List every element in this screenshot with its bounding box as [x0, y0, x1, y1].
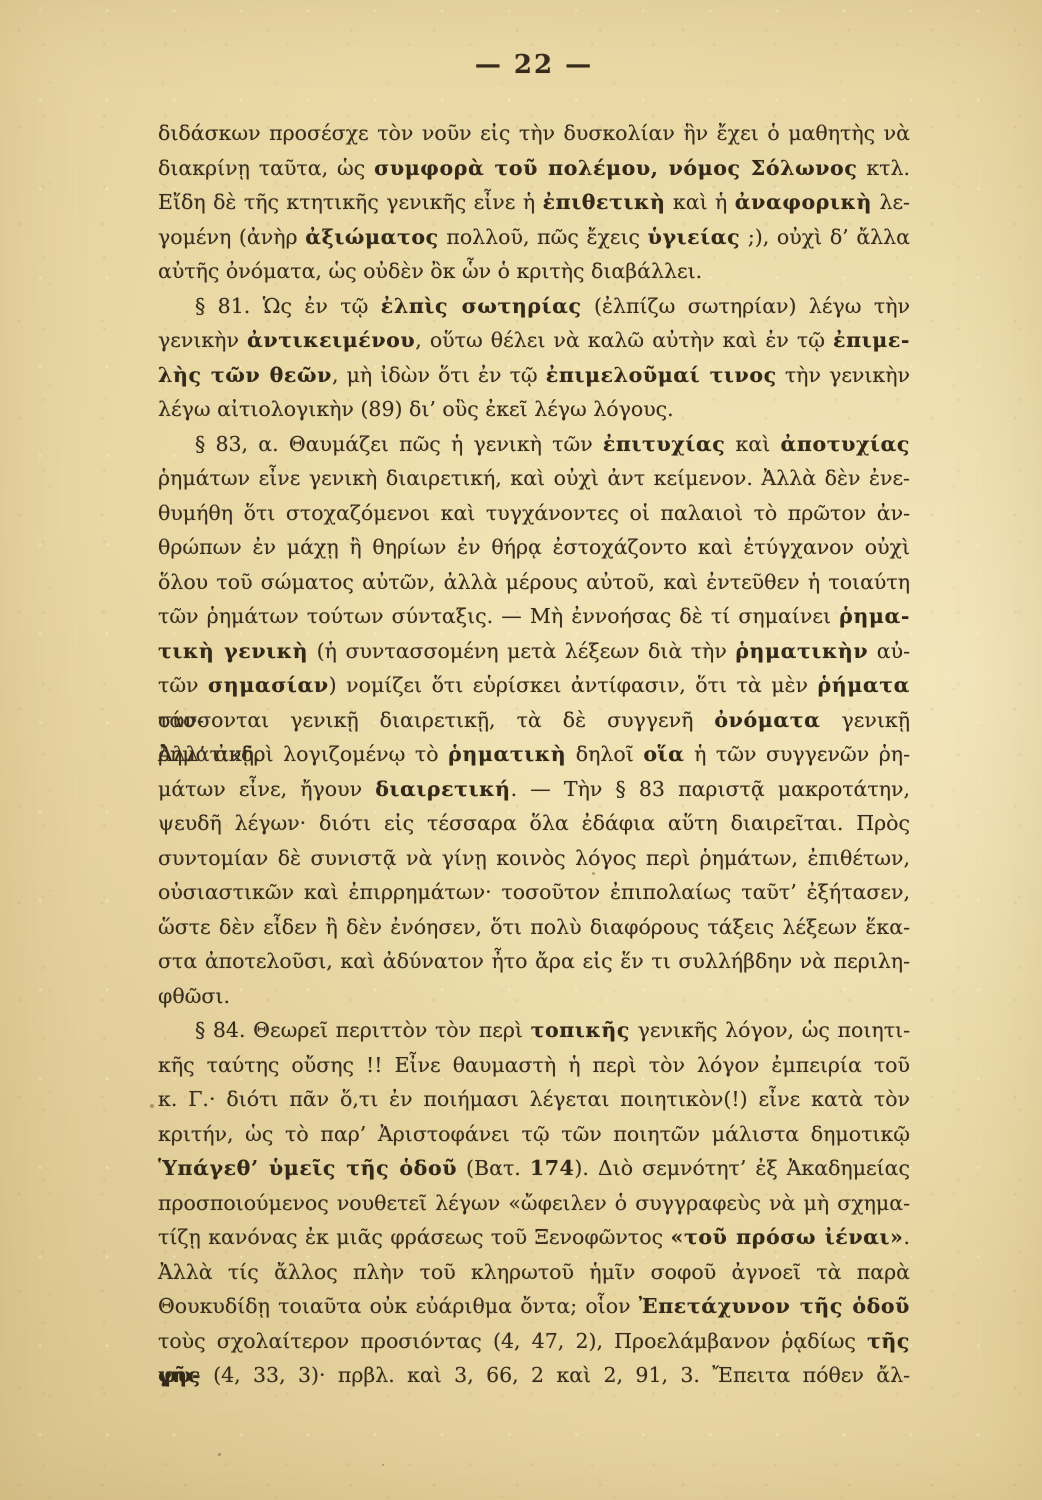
text-line: θυμήθη ὅτι στοχαζόμενοι καὶ τυγχάνοντες …: [158, 496, 910, 531]
emphasized-text: Ἐπετάχυνον τῆς ὁδοῦ: [639, 1294, 910, 1318]
body-text: Εἴδη δὲ τῆς κτητικῆς γενικῆς εἶνε ἡ: [158, 190, 543, 214]
text-line: διακρίνῃ ταῦτα, ὡς συμφορὰ τοῦ πολέμου, …: [158, 151, 910, 186]
body-text: Ἀλλ’ ἀνδρὶ λογιζομένῳ τὸ: [158, 742, 448, 766]
text-line: οὐσιαστικῶν καὶ ἐπιρρημάτων· τοσοῦτον ἐπ…: [158, 875, 910, 910]
body-text: ὥστε δὲν εἶδεν ἢ δὲν ἐνόησεν, ὅτι πολὺ δ…: [158, 915, 910, 939]
emphasized-text: ὑγιείας: [648, 225, 741, 249]
body-text: γενικῆς λόγον, ὡς ποιητι-: [630, 1018, 910, 1042]
text-line: τοὺς σχολαίτερον προσιόντας (4, 47, 2), …: [158, 1324, 910, 1359]
body-text: τῶν: [158, 673, 208, 697]
body-text: ;), οὐχὶ δ’ ἄλλα: [740, 225, 910, 249]
emphasized-text: ἐπιθετικὴ: [543, 190, 666, 214]
text-line: τῶν ῥημάτων τούτων σύνταξις. — Μὴ ἐννοήσ…: [158, 599, 910, 634]
body-text: λέγω αἰτιολογικὴν (89) δι’ οὓς ἐκεῖ λέγω…: [158, 397, 674, 421]
text-line: ψευδῆ λέγων· διότι εἰς τέσσαρα ὅλα ἐδάφι…: [158, 806, 910, 841]
body-text: λε-: [872, 190, 910, 214]
body-text: τάσσονται γενικῇ διαιρετικῇ, τὰ δὲ συγγε…: [158, 708, 714, 732]
body-text: § 83, α. Θαυμάζει πῶς ἡ γενικὴ τῶν: [195, 432, 603, 456]
body-text: στα ἀποτελοῦσι, καὶ ἀδύνατον ἦτο ἄρα εἰς…: [158, 949, 910, 973]
body-text: § 81. Ὡς ἐν τῷ: [195, 294, 381, 318]
body-text: θρώπων ἐν μάχῃ ἢ θηρίων ἐν θήρᾳ ἐστοχάζο…: [158, 535, 910, 559]
body-text: ἡ τῶν συγγενῶν ῥη-: [685, 742, 910, 766]
emphasized-text: ῥηματικὴν: [735, 639, 868, 663]
emphasized-text: ἀναφορικὴ: [735, 190, 872, 214]
emphasized-text: ἐπιμελοῦμαί τινος: [546, 363, 777, 387]
body-text: γενικὴν: [158, 328, 247, 352]
emphasized-text: ἀντικειμένου: [247, 328, 415, 352]
body-text: συντομίαν δὲ συνιστᾷ νὰ γίνῃ κοινὸς λόγο…: [158, 846, 910, 870]
emphasized-text: τικὴ γενικὴ: [158, 639, 308, 663]
body-text: αὐ-: [868, 639, 910, 663]
emphasized-text: τοπικῆς: [531, 1018, 630, 1042]
body-text: . — Τὴν § 83 παριστᾷ μακροτάτην,: [511, 777, 910, 801]
text-line: θρώπων ἐν μάχῃ ἢ θηρίων ἐν θήρᾳ ἐστοχάζο…: [158, 530, 910, 565]
paper-speck: [218, 1453, 221, 1456]
text-line: Ἀλλ’ ἀνδρὶ λογιζομένῳ τὸ ῥηματικὴ δηλοῖ …: [158, 737, 910, 772]
emphasized-text: Ὑπάγεθ’ ὑμεῖς τῆς ὁδοῦ: [158, 1156, 457, 1180]
text-line: γῆς (4, 33, 3)· πρβλ. καὶ 3, 66, 2 καὶ 2…: [158, 1358, 910, 1393]
text-line: τικὴ γενικὴ (ἡ συντασσομένη μετὰ λέξεων …: [158, 634, 910, 669]
body-text: .: [903, 1225, 910, 1249]
text-line: κριτήν, ὡς τὸ παρ’ Ἀριστοφάνει τῷ τῶν πο…: [158, 1117, 910, 1152]
paper-speck: [382, 1464, 384, 1466]
emphasized-text: διαιρετική: [375, 777, 510, 801]
text-line: φθῶσι.: [158, 979, 910, 1014]
text-line: τῶν σημασίαν) νομίζει ὅτι εὑρίσκει ἀντίφ…: [158, 668, 910, 703]
body-text: οὐσιαστικῶν καὶ ἐπιρρημάτων· τοσοῦτον ἐπ…: [158, 880, 910, 904]
emphasized-text: ἐλπὶς σωτηρίας: [381, 294, 582, 318]
body-text: ὅλου τοῦ σώματος αὐτῶν, ἀλλὰ μέρους αὐτο…: [158, 570, 910, 594]
body-text: τίζῃ κανόνας ἐκ μιᾶς φράσεως τοῦ Ξενοφῶν…: [158, 1225, 671, 1249]
text-line: § 84. Θεωρεῖ περιττὸν τὸν περὶ τοπικῆς γ…: [158, 1013, 910, 1048]
emphasized-text: γῆς: [158, 1363, 201, 1387]
text-line: γομένη (ἀνὴρ ἀξιώματος πολλοῦ, πῶς ἔχεις…: [158, 220, 910, 255]
page-number: — 22 —: [158, 50, 910, 80]
text-line: ὥστε δὲν εἶδεν ἢ δὲν ἐνόησεν, ὅτι πολὺ δ…: [158, 910, 910, 945]
emphasized-text: συμφορὰ τοῦ πολέμου, νόμος Σόλωνος: [374, 156, 857, 180]
emphasized-text: ἀξιώματος: [305, 225, 439, 249]
emphasized-text: οἵα: [643, 742, 684, 766]
text-line: αὐτῆς ὀνόματα, ὡς οὐδὲν ὂκ ὧν ὁ κριτὴς δ…: [158, 254, 910, 289]
paper-speck: [873, 446, 876, 449]
text-line: συντομίαν δὲ συνιστᾷ νὰ γίνῃ κοινὸς λόγο…: [158, 841, 910, 876]
book-page: — 22 — διδάσκων προσέσχε τὸν νοῦν εἰς τὴ…: [0, 0, 1042, 1500]
emphasized-text: ἀποτυχίας: [780, 432, 910, 456]
body-text: Θουκυδίδῃ τοιαῦτα οὐκ εὐάριθμα ὄντα; οἷο…: [158, 1294, 639, 1318]
body-text: (ἡ συντασσομένη μετὰ λέξεων διὰ τὴν: [308, 639, 735, 663]
body-text: καὶ: [725, 432, 780, 456]
body-text: διδάσκων προσέσχε τὸν νοῦν εἰς τὴν δυσκο…: [158, 121, 910, 145]
body-text: ). Διὸ σεμνότητ’ ἐξ Ἀκαδημείας: [574, 1156, 910, 1180]
text-line: διδάσκων προσέσχε τὸν νοῦν εἰς τὴν δυσκο…: [158, 116, 910, 151]
text-line: § 81. Ὡς ἐν τῷ ἐλπὶς σωτηρίας (ἐλπίζω σω…: [158, 289, 910, 324]
text-line: μάτων εἶνε, ἤγουν διαιρετική. — Τὴν § 83…: [158, 772, 910, 807]
text-block: διδάσκων προσέσχε τὸν νοῦν εἰς τὴν δυσκο…: [158, 116, 910, 1393]
emphasized-text: 174: [530, 1156, 575, 1180]
text-line: κῆς ταύτης οὔσης !! Εἶνε θαυμαστὴ ἡ περὶ…: [158, 1048, 910, 1083]
emphasized-text: ῥηματικὴ: [448, 742, 566, 766]
body-text: (ἐλπίζω σωτηρίαν) λέγω τὴν: [582, 294, 910, 318]
body-text: μάτων εἶνε, ἤγουν: [158, 777, 375, 801]
text-line: Ἀλλὰ τίς ἄλλος πλὴν τοῦ κληρωτοῦ ἡμῖν σο…: [158, 1255, 910, 1290]
text-line: τίζῃ κανόνας ἐκ μιᾶς φράσεως τοῦ Ξενοφῶν…: [158, 1220, 910, 1255]
emphasized-text: ῥημα-: [839, 604, 910, 628]
body-text: γομένη (ἀνὴρ: [158, 225, 305, 249]
body-text: προσποιούμενος νουθετεῖ λέγων «ὤφειλεν ὁ…: [158, 1191, 910, 1215]
emphasized-text: σημασίαν: [208, 673, 329, 697]
text-line: ῥημάτων εἶνε γενικὴ διαιρετική, καὶ οὐχὶ…: [158, 461, 910, 496]
emphasized-text: ἐπιτυχίας: [603, 432, 725, 456]
body-text: κῆς ταύτης οὔσης !! Εἶνε θαυμαστὴ ἡ περὶ…: [158, 1053, 910, 1077]
body-text: καὶ ἡ: [665, 190, 734, 214]
body-text: τὴν γενικὴν: [777, 363, 910, 387]
text-line: ὅλου τοῦ σώματος αὐτῶν, ἀλλὰ μέρους αὐτο…: [158, 565, 910, 600]
text-line: προσποιούμενος νουθετεῖ λέγων «ὤφειλεν ὁ…: [158, 1186, 910, 1221]
emphasized-text: ἐπιμε-: [833, 328, 910, 352]
text-line: λὴς τῶν θεῶν, μὴ ἰδὼν ὅτι ἐν τῷ ἐπιμελοῦ…: [158, 358, 910, 393]
body-text: κριτήν, ὡς τὸ παρ’ Ἀριστοφάνει τῷ τῶν πο…: [158, 1122, 910, 1146]
body-text: ψευδῆ λέγων· διότι εἰς τέσσαρα ὅλα ἐδάφι…: [158, 811, 910, 835]
body-text: πολλοῦ, πῶς ἔχεις: [439, 225, 648, 249]
body-text: Ἀλλὰ τίς ἄλλος πλὴν τοῦ κληρωτοῦ ἡμῖν σο…: [158, 1260, 910, 1284]
body-text: (Βατ.: [457, 1156, 530, 1180]
body-text: ῥημάτων εἶνε γενικὴ διαιρετική, καὶ οὐχὶ…: [158, 466, 910, 490]
text-line: κ. Γ.· διότι πᾶν ὅ,τι ἐν ποιήμασι λέγετα…: [158, 1082, 910, 1117]
emphasized-text: «τοῦ πρόσω ἰέναι»: [671, 1225, 904, 1249]
text-line: λέγω αἰτιολογικὴν (89) δι’ οὓς ἐκεῖ λέγω…: [158, 392, 910, 427]
text-line: γενικὴν ἀντικειμένου, οὕτω θέλει νὰ καλῶ…: [158, 323, 910, 358]
text-line: Θουκυδίδῃ τοιαῦτα οὐκ εὐάριθμα ὄντα; οἷο…: [158, 1289, 910, 1324]
body-text: τοὺς σχολαίτερον προσιόντας (4, 47, 2), …: [158, 1329, 867, 1353]
body-text: κ. Γ.· διότι πᾶν ὅ,τι ἐν ποιήμασι λέγετα…: [158, 1087, 910, 1111]
text-line: στα ἀποτελοῦσι, καὶ ἀδύνατον ἦτο ἄρα εἰς…: [158, 944, 910, 979]
paper-speck: [592, 872, 595, 875]
body-text: (4, 33, 3)· πρβλ. καὶ 3, 66, 2 καὶ 2, 91…: [201, 1363, 910, 1387]
text-line: Ὑπάγεθ’ ὑμεῖς τῆς ὁδοῦ (Βατ. 174). Διὸ σ…: [158, 1151, 910, 1186]
text-line: § 83, α. Θαυμάζει πῶς ἡ γενικὴ τῶν ἐπιτυ…: [158, 427, 910, 462]
body-text: φθῶσι.: [158, 984, 230, 1008]
body-text: τῶν ῥημάτων τούτων σύνταξις. — Μὴ ἐννοήσ…: [158, 604, 839, 628]
body-text: , οὕτω θέλει νὰ καλῶ αὐτὴν καὶ ἐν τῷ: [415, 328, 833, 352]
body-text: ) νομίζει ὅτι εὑρίσκει ἀντίφασιν, ὅτι τὰ…: [329, 673, 818, 697]
body-text: κτλ.: [857, 156, 910, 180]
body-text: διακρίνῃ ταῦτα, ὡς: [158, 156, 374, 180]
body-text: § 84. Θεωρεῖ περιττὸν τὸν περὶ: [195, 1018, 531, 1042]
text-line: Εἴδη δὲ τῆς κτητικῆς γενικῆς εἶνε ἡ ἐπιθ…: [158, 185, 910, 220]
emphasized-text: λὴς τῶν θεῶν: [158, 363, 332, 387]
emphasized-text: ὀνόματα: [714, 708, 820, 732]
body-text: , μὴ ἰδὼν ὅτι ἐν τῷ: [332, 363, 546, 387]
emphasized-text: ῥήματα: [817, 673, 910, 697]
body-text: αὐτῆς ὀνόματα, ὡς οὐδὲν ὂκ ὧν ὁ κριτὴς δ…: [158, 259, 702, 283]
text-line: τάσσονται γενικῇ διαιρετικῇ, τὰ δὲ συγγε…: [158, 703, 910, 738]
body-text: δηλοῖ: [566, 742, 643, 766]
paper-speck: [150, 1104, 154, 1108]
body-text: θυμήθη ὅτι στοχαζόμενοι καὶ τυγχάνοντες …: [158, 501, 910, 525]
